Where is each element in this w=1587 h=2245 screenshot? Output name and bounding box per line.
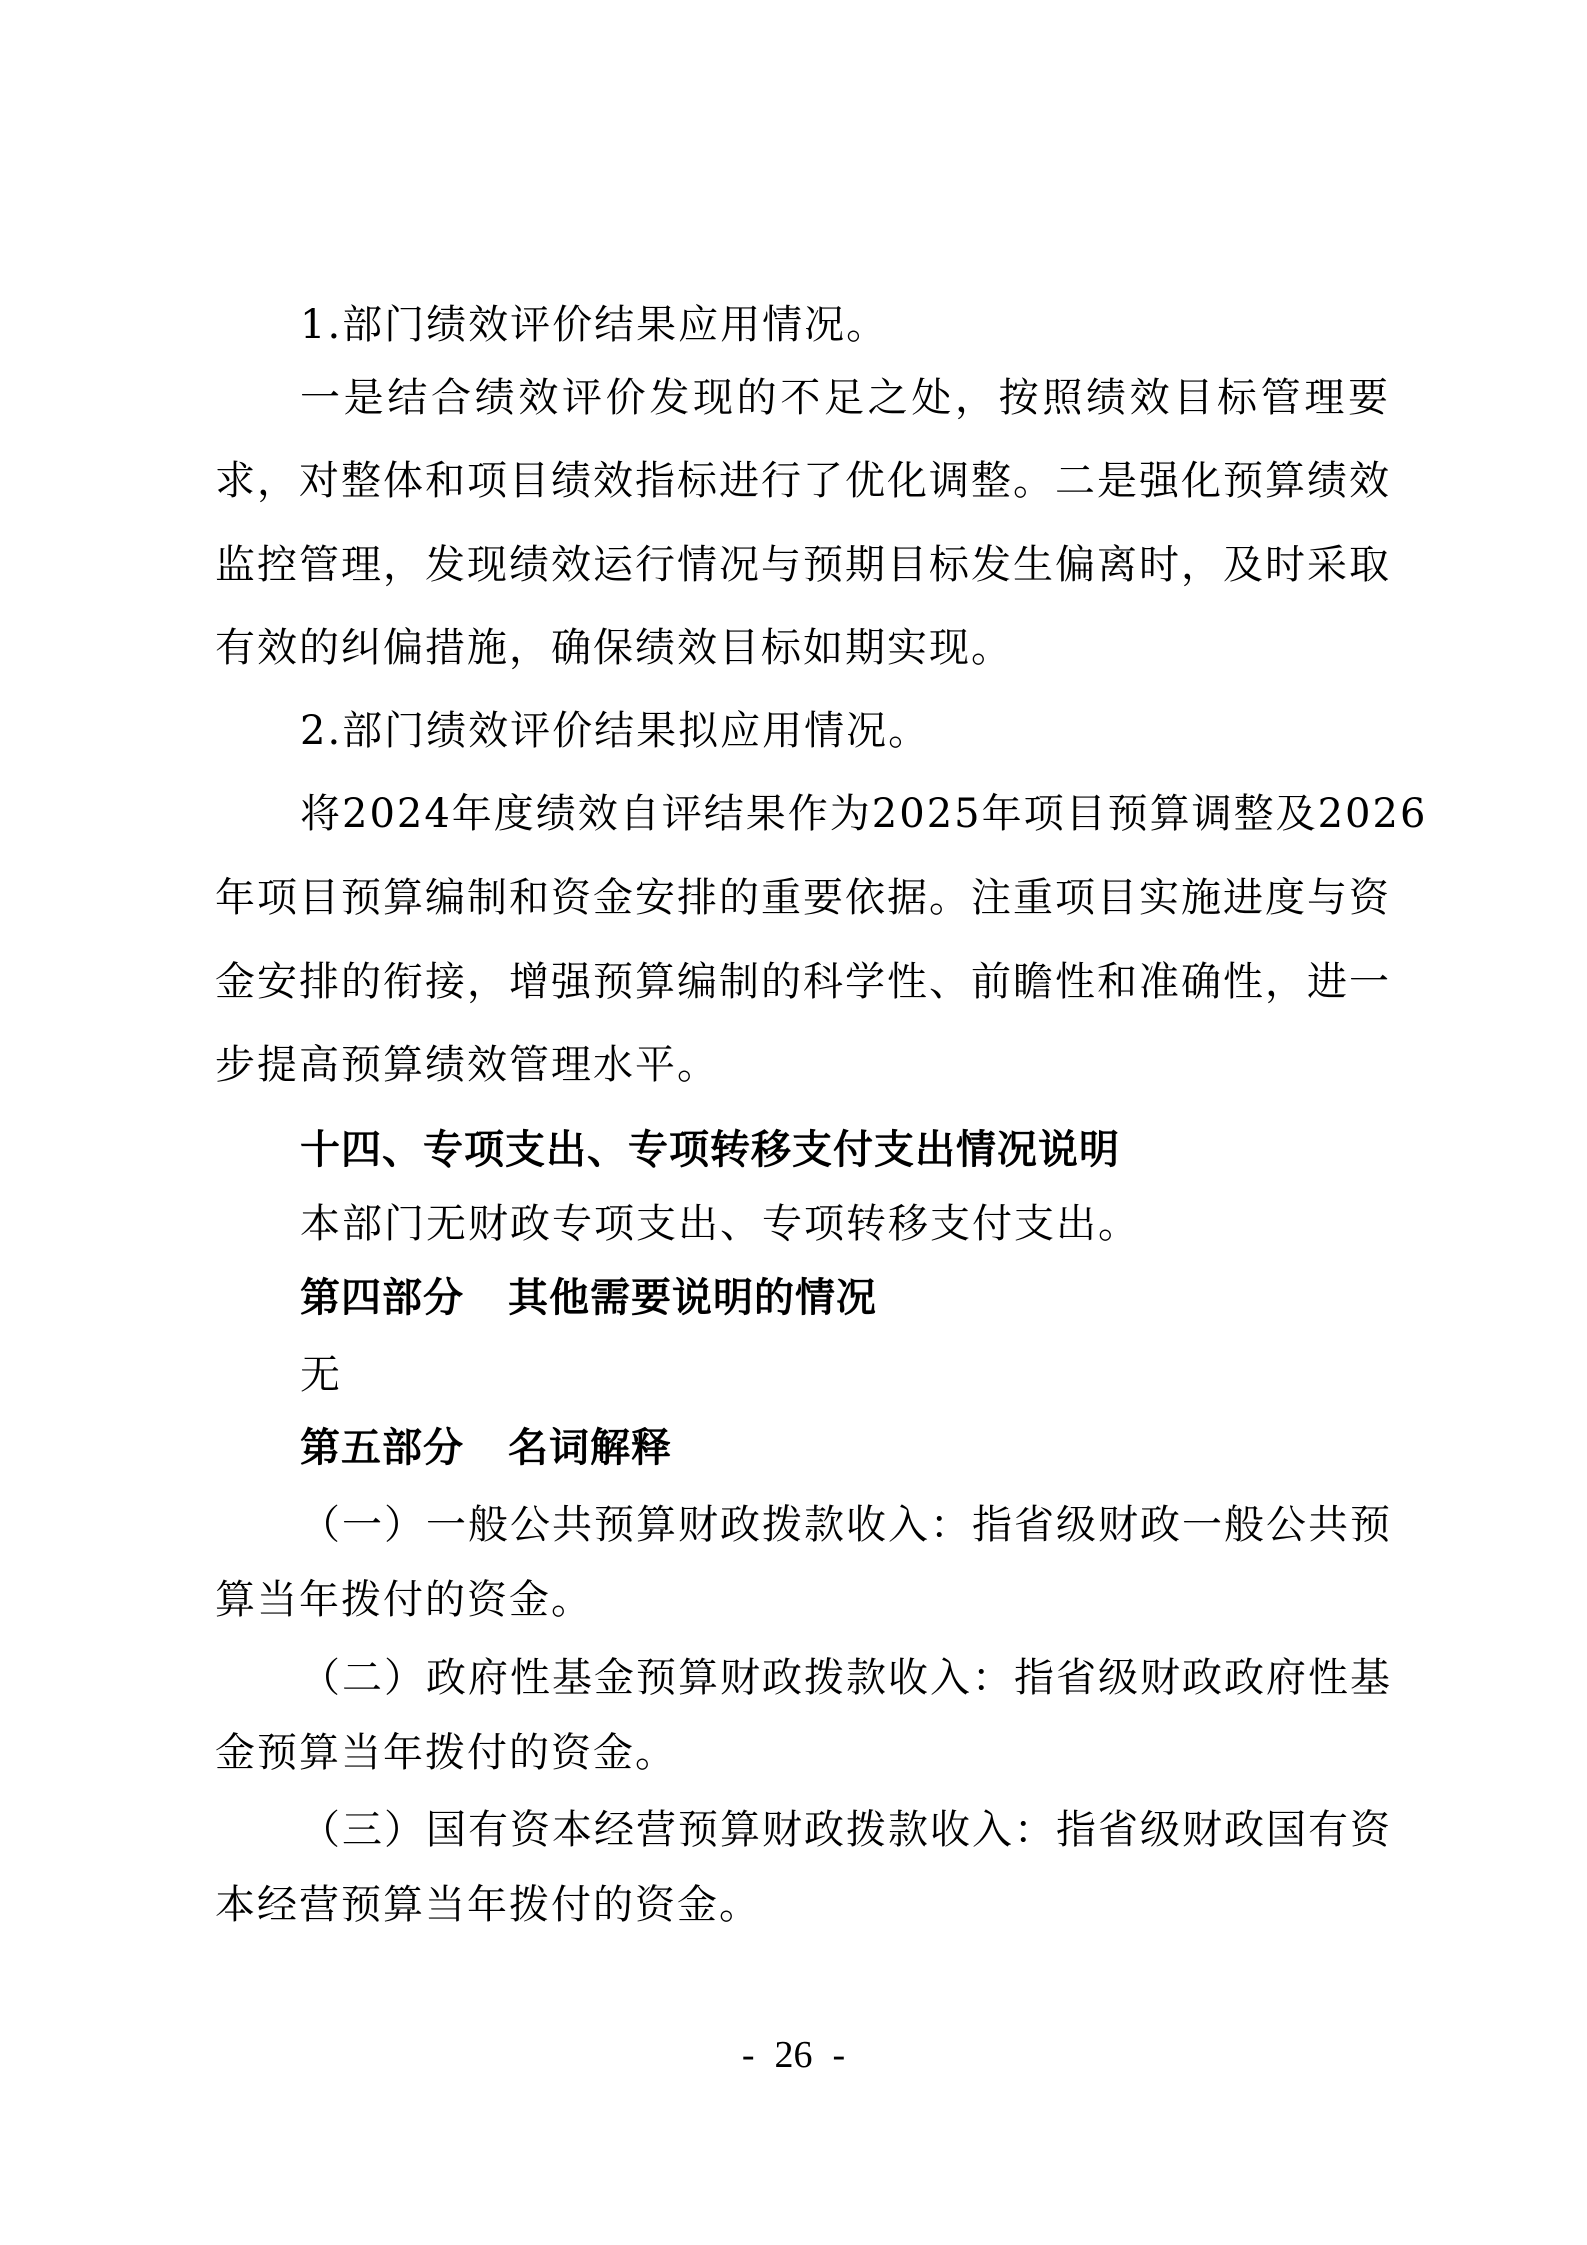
- page-number: 26: [775, 2034, 813, 2076]
- definition-3-line-1: （三）国有资本经营预算财政拨款收入：指省级财政国有资: [300, 1802, 1390, 1858]
- item2-paragraph-line-1: 将2024年度绩效自评结果作为2025年项目预算调整及2026: [300, 786, 1390, 842]
- part4-heading-prefix: 第四部分: [300, 1275, 464, 1321]
- item1-paragraph-line-3: 监控管理，发现绩效运行情况与预期目标发生偏离时，及时采取: [215, 537, 1390, 593]
- page-number-footer: -26-: [0, 2030, 1587, 2080]
- item1-title: 1.部门绩效评价结果应用情况。: [300, 297, 888, 353]
- definition-3-line-2: 本经营预算当年拨付的资金。: [215, 1877, 761, 1933]
- part5-heading-prefix: 第五部分: [300, 1425, 464, 1471]
- page-number-dash-right: -: [833, 2030, 846, 2080]
- item1-paragraph-line-2: 求，对整体和项目绩效指标进行了优化调整。二是强化预算绩效: [215, 453, 1390, 509]
- page-number-dash-left: -: [742, 2030, 755, 2080]
- special-expenditure-heading: 十四、专项支出、专项转移支付支出情况说明: [300, 1122, 1120, 1178]
- item2-paragraph-line-3: 金安排的衔接，增强预算编制的科学性、前瞻性和准确性，进一: [215, 954, 1390, 1010]
- definition-1-line-1: （一）一般公共预算财政拨款收入：指省级财政一般公共预: [300, 1497, 1390, 1553]
- special-expenditure-body: 本部门无财政专项支出、专项转移支付支出。: [300, 1196, 1140, 1252]
- item1-paragraph-line-4: 有效的纠偏措施，确保绩效目标如期实现。: [215, 620, 1013, 676]
- item2-paragraph-line-4: 步提高预算绩效管理水平。: [215, 1037, 719, 1093]
- definition-2-line-1: （二）政府性基金预算财政拨款收入：指省级财政政府性基: [300, 1650, 1390, 1706]
- part4-body: 无: [300, 1347, 342, 1403]
- part5-heading: 第五部分名词解释: [300, 1420, 672, 1476]
- item2-paragraph-line-2: 年项目预算编制和资金安排的重要依据。注重项目实施进度与资: [215, 870, 1390, 926]
- part5-heading-title: 名词解释: [508, 1425, 672, 1471]
- part4-heading: 第四部分其他需要说明的情况: [300, 1270, 877, 1326]
- document-page: 1.部门绩效评价结果应用情况。 一是结合绩效评价发现的不足之处，按照绩效目标管理…: [0, 0, 1587, 2245]
- part4-heading-title: 其他需要说明的情况: [508, 1275, 877, 1321]
- item1-paragraph-line-1: 一是结合绩效评价发现的不足之处，按照绩效目标管理要: [300, 370, 1390, 426]
- definition-2-line-2: 金预算当年拨付的资金。: [215, 1725, 677, 1781]
- item2-title: 2.部门绩效评价结果拟应用情况。: [300, 703, 930, 759]
- definition-1-line-2: 算当年拨付的资金。: [215, 1572, 593, 1628]
